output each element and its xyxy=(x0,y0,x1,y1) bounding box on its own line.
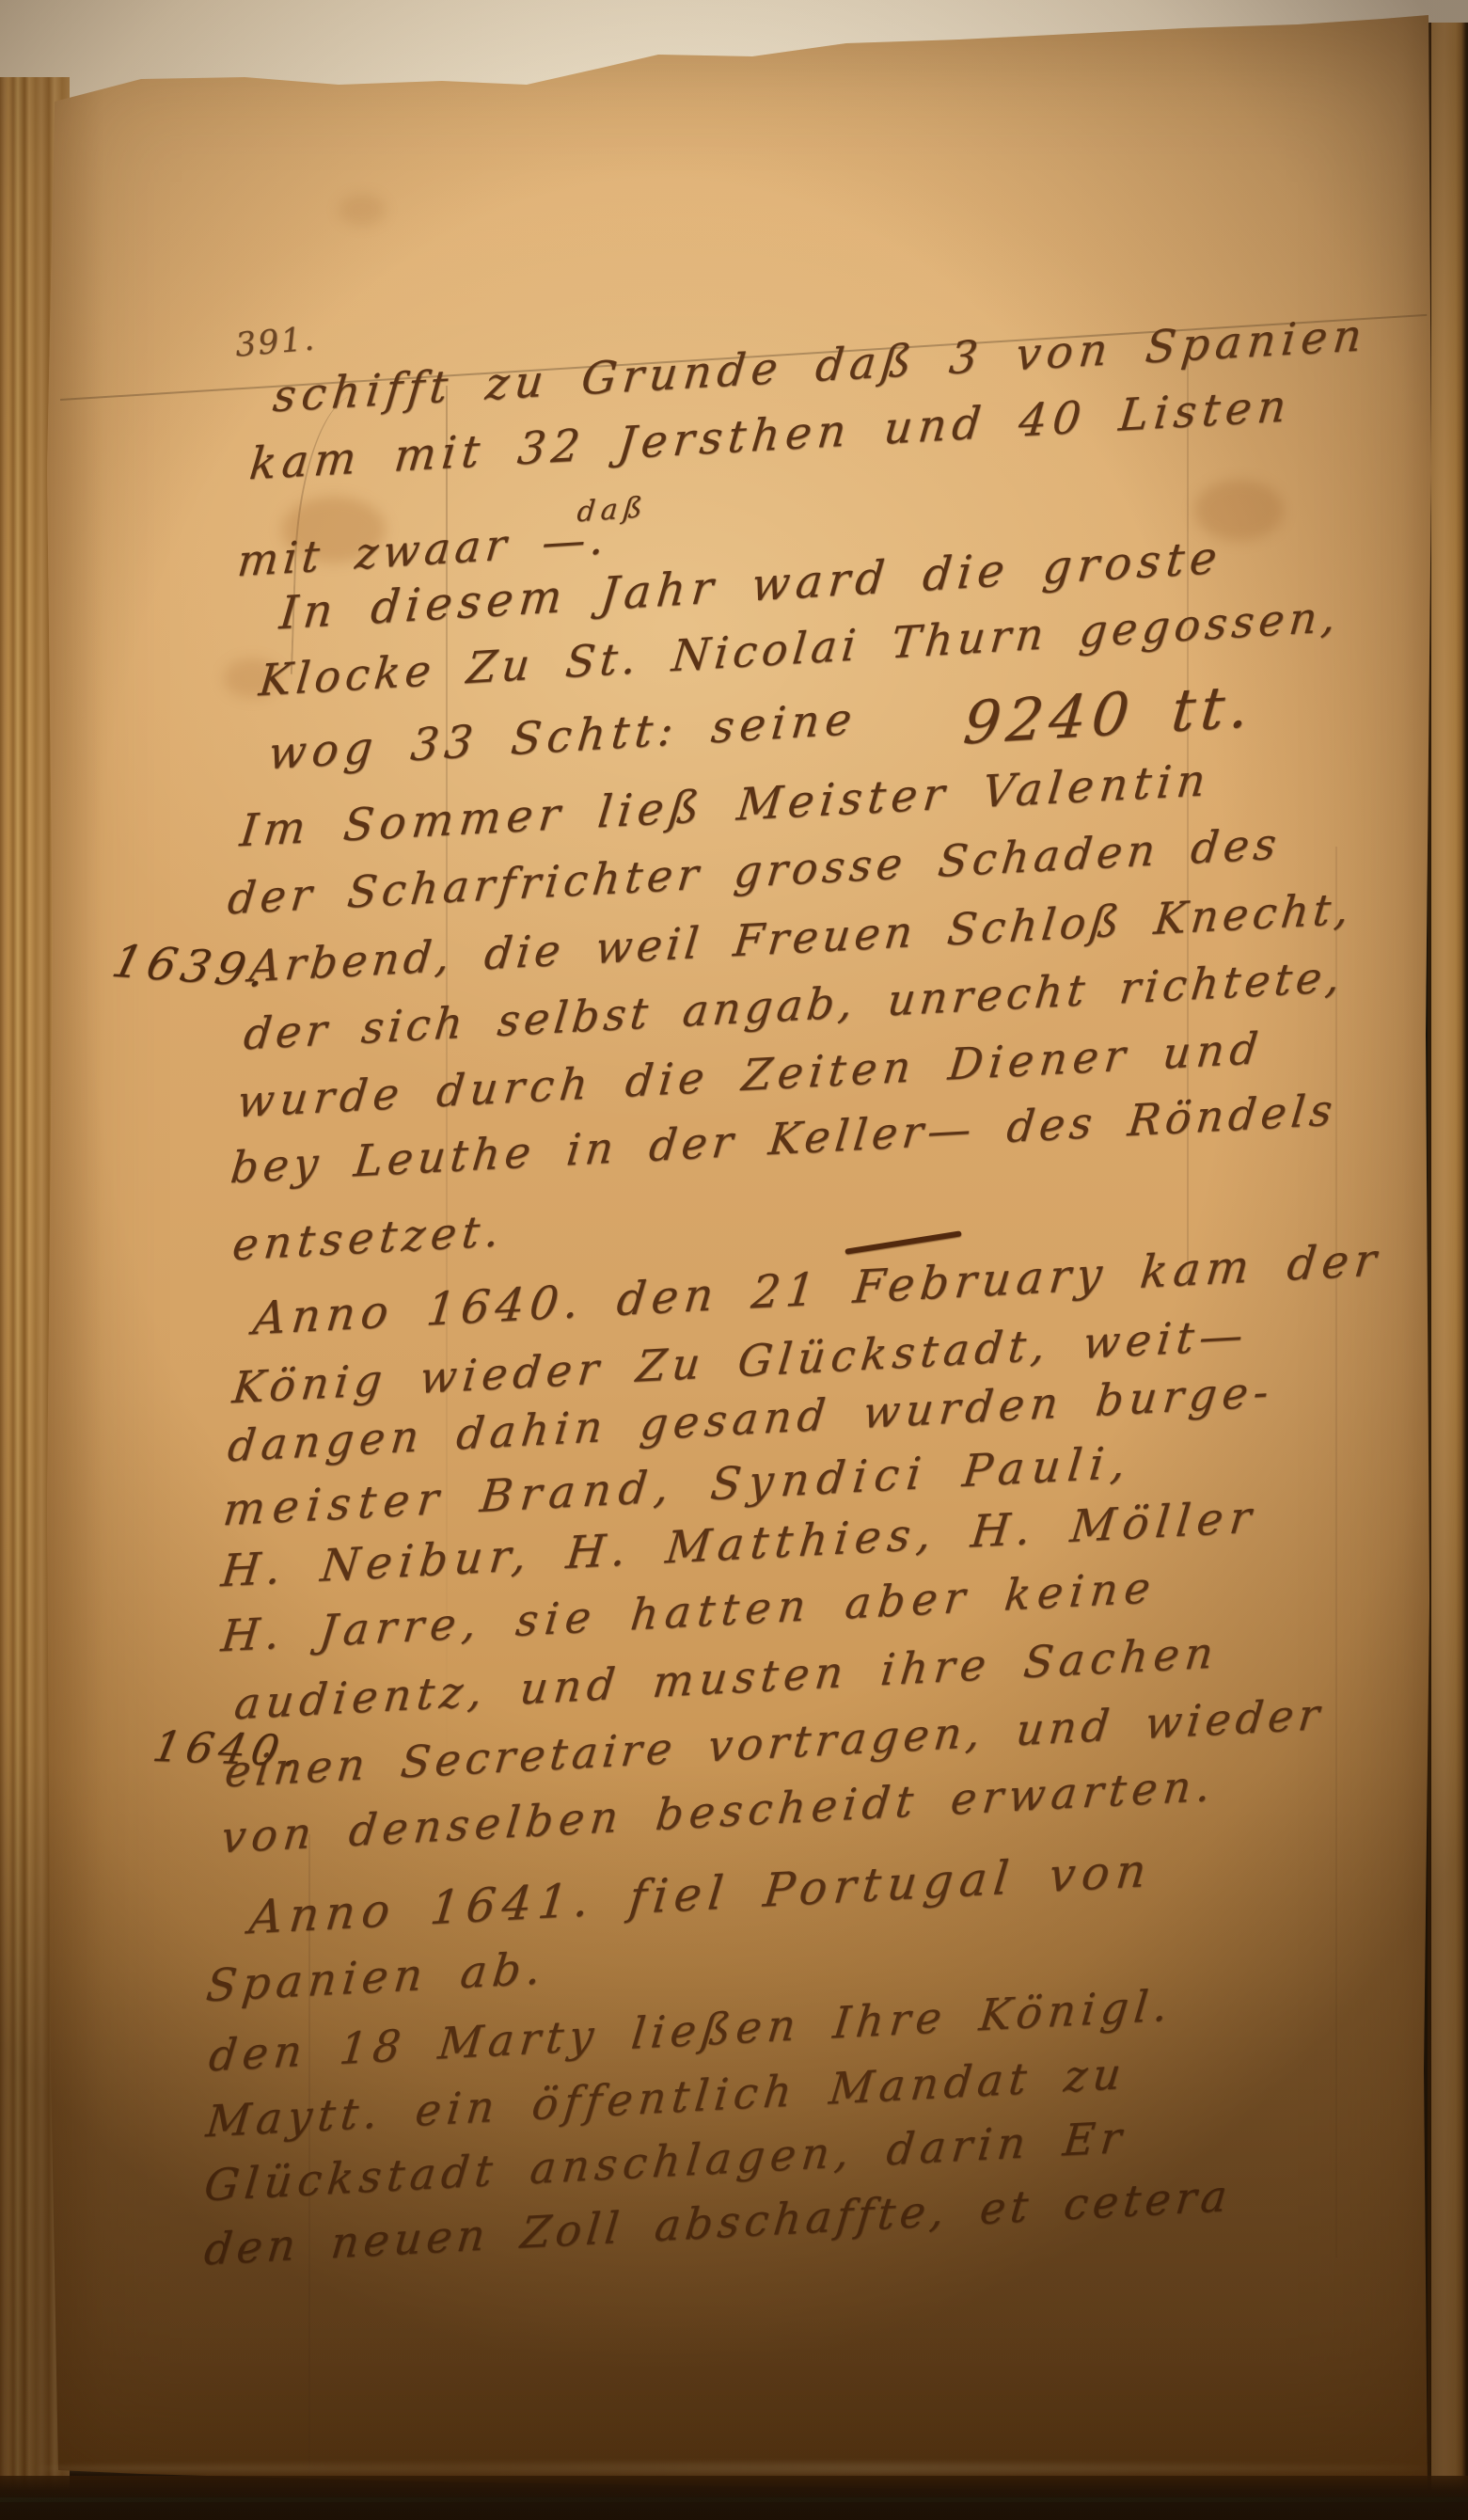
foxing-stain xyxy=(339,194,386,226)
interline-insertion: daß xyxy=(576,494,649,527)
adjacent-page-edge xyxy=(1428,23,1468,2496)
paper-crease xyxy=(1335,847,1337,2258)
margin-year-note: 1639. xyxy=(108,939,276,994)
book-photo: 391. schifft zu Grunde daß 3 von Spanien… xyxy=(0,0,1468,2520)
margin-year-note: 1640. xyxy=(150,1725,307,1772)
manuscript-line: entsetzet. xyxy=(230,1209,507,1266)
book-board-edge xyxy=(0,2497,1468,2502)
manuscript-line: 9240 tt. xyxy=(961,677,1257,753)
page-bottom-edge xyxy=(38,2463,1429,2474)
page-number: 391. xyxy=(233,320,317,364)
